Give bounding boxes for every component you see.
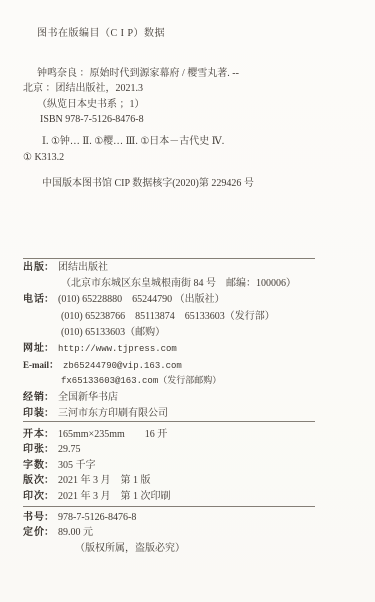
field-label: 印装: [23, 406, 44, 422]
field-value: 全国新华书店: [58, 392, 118, 403]
label-colon: ：: [44, 408, 54, 419]
label-colon: ：: [44, 475, 54, 486]
label-colon: ：: [49, 360, 59, 371]
classification-line-2: ① K313.2: [23, 150, 363, 166]
field-value: 2021 年 3 月 第 1 次印刷: [58, 491, 171, 502]
pricing-info-section: 书号：978-7-5126-8476-8 定价：89.00 元 （版权所属，盗版…: [23, 510, 368, 556]
label-colon: ：: [44, 444, 54, 455]
label-colon: ：: [44, 460, 54, 471]
field-value: 29.75: [58, 444, 81, 455]
price-row-price: 定价：89.00 元: [23, 525, 368, 540]
field-label: 出版: [23, 260, 44, 276]
publication-info-section: 出版：团结出版社 （北京市东城区东皇城根南街 84 号 邮编：100006） 电…: [23, 260, 368, 422]
fmt-row-word-count: 字数：305 千字: [23, 458, 368, 473]
pub-row-phone-1: 电话：(010) 65228880 65244790 （出版社）: [23, 292, 368, 308]
pub-row-website: 网址：http://www.tjpress.com: [23, 341, 368, 357]
cip-isbn-line: ISBN 978-7-5126-8476-8: [23, 112, 363, 127]
cip-series-line: （纵览日本史书系 ；1）: [23, 97, 363, 112]
field-label: 网址: [23, 341, 44, 357]
pub-row-email-2: fx65133603@163.com（发行部邮购）: [23, 373, 368, 389]
field-label: 印次: [23, 489, 44, 504]
email-address-2: fx65133603@163.com（发行部邮购）: [61, 376, 221, 386]
label-colon: ：: [44, 527, 54, 538]
price-row-isbn: 书号：978-7-5126-8476-8: [23, 510, 368, 525]
field-label: 定价: [23, 525, 44, 540]
price-value: 89.00 元: [58, 527, 93, 538]
copyright-page: 图书在版编目（C I P）数据 钟鸣奈良 ：原始时代到源家幕府 / 樱雪丸著. …: [0, 0, 375, 602]
fmt-row-edition: 版次：2021 年 3 月 第 1 版: [23, 473, 368, 488]
fmt-row-trim-size: 开本：165mm×235mm 16 开: [23, 427, 368, 442]
field-label: 版次: [23, 473, 44, 488]
copyright-notice: （版权所属，盗版必究）: [23, 541, 368, 556]
website-url: http://www.tjpress.com: [58, 344, 177, 354]
pub-row-publisher: 出版：团结出版社: [23, 260, 368, 276]
cip-heading: 图书在版编目（C I P）数据: [37, 24, 165, 39]
field-value: (010) 65228880 65244790 （出版社）: [58, 294, 225, 305]
field-value: (010) 65133603（邮购）: [61, 327, 165, 338]
classification-line-1: Ⅰ. ①钟… Ⅱ. ①樱… Ⅲ. ①日本－古代史 Ⅳ.: [23, 134, 363, 150]
email-address: zb65244790@vip.163.com: [63, 361, 182, 371]
field-value: (010) 65238766 85113874 65133603（发行部）: [61, 311, 275, 322]
field-label: 字数: [23, 458, 44, 473]
label-colon: ：: [44, 294, 54, 305]
divider-rule-top: [23, 258, 315, 259]
label-colon: ：: [44, 392, 54, 403]
cip-title-line-1: 钟鸣奈良 ：原始时代到源家幕府 / 樱雪丸著. --: [23, 66, 363, 81]
field-label: 开本: [23, 427, 44, 442]
divider-rule-middle: [23, 421, 315, 422]
pub-row-phone-3: (010) 65133603（邮购）: [23, 325, 368, 341]
field-label: E-mail: [23, 357, 49, 373]
pub-row-printing: 印装：三河市东方印刷有限公司: [23, 406, 368, 422]
cip-classification-block: Ⅰ. ①钟… Ⅱ. ①樱… Ⅲ. ①日本－古代史 Ⅳ. ① K313.2: [23, 134, 363, 166]
book-number: 978-7-5126-8476-8: [58, 512, 136, 523]
field-value: （北京市东城区东皇城根南街 84 号 邮编：100006）: [61, 278, 296, 289]
field-value: 三河市东方印刷有限公司: [58, 408, 168, 419]
format-info-section: 开本：165mm×235mm 16 开 印张：29.75 字数：305 千字 版…: [23, 427, 368, 504]
divider-rule-bottom: [23, 506, 315, 507]
field-label: 经销: [23, 390, 44, 406]
pub-row-email-1: E-mail：zb65244790@vip.163.com: [23, 357, 368, 373]
field-value: 团结出版社: [58, 262, 108, 273]
field-label: 印张: [23, 442, 44, 457]
fmt-row-impression: 印次：2021 年 3 月 第 1 次印刷: [23, 489, 368, 504]
cip-record-number: 中国版本图书馆 CIP 数据核字(2020)第 229426 号: [42, 174, 254, 189]
label-colon: ：: [44, 429, 54, 440]
cip-description-block: 钟鸣奈良 ：原始时代到源家幕府 / 樱雪丸著. -- 北京 ：团结出版社，202…: [23, 66, 363, 127]
field-value: 305 千字: [58, 460, 96, 471]
field-label: 电话: [23, 292, 44, 308]
field-value: 165mm×235mm 16 开: [58, 429, 167, 440]
pub-row-distribution: 经销：全国新华书店: [23, 390, 368, 406]
label-colon: ：: [44, 491, 54, 502]
field-value: 2021 年 3 月 第 1 版: [58, 475, 151, 486]
field-label: 书号: [23, 510, 44, 525]
cip-title-line-2: 北京 ：团结出版社，2021.3: [23, 81, 363, 96]
pub-row-address: （北京市东城区东皇城根南街 84 号 邮编：100006）: [23, 276, 368, 292]
label-colon: ：: [44, 262, 54, 273]
label-colon: ：: [44, 343, 54, 354]
pub-row-phone-2: (010) 65238766 85113874 65133603（发行部）: [23, 309, 368, 325]
fmt-row-sheets: 印张：29.75: [23, 442, 368, 457]
label-colon: ：: [44, 512, 54, 523]
